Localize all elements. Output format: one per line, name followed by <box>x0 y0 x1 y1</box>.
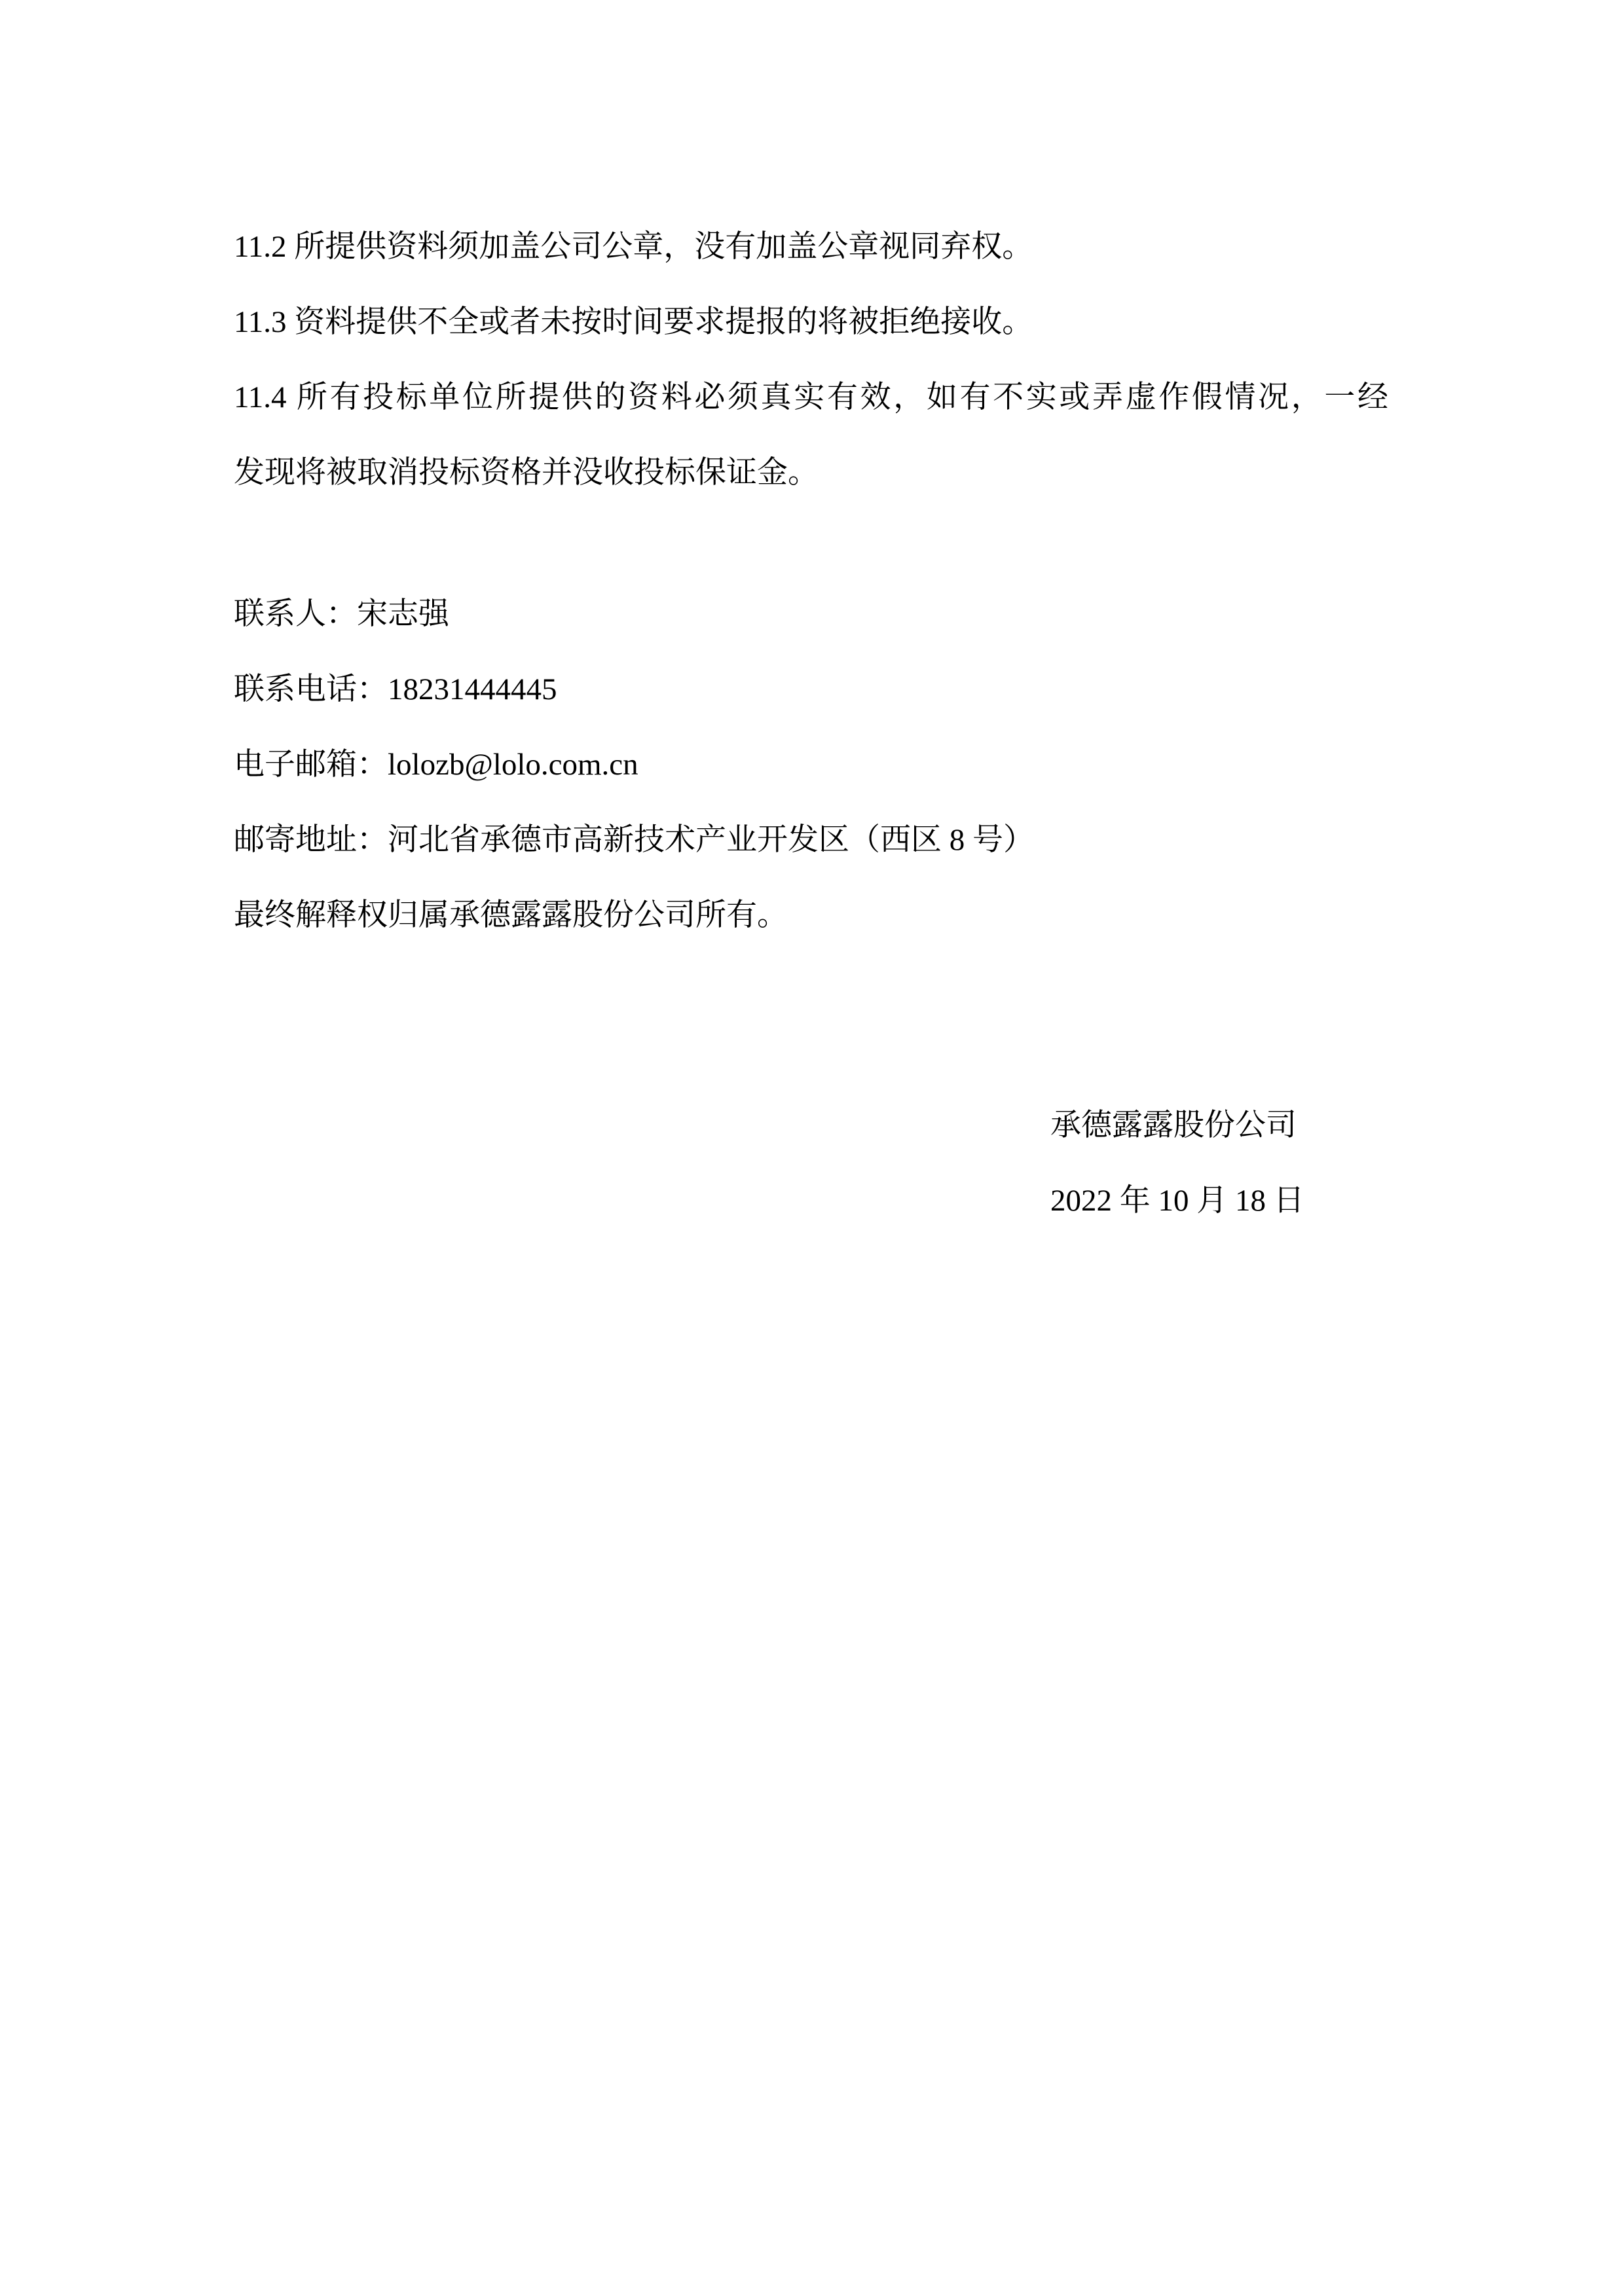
document-body: 11.2 所提供资料须加盖公司公章，没有加盖公章视同弃权。 11.3 资料提供不… <box>0 0 1624 1239</box>
clause-11-3: 11.3 资料提供不全或者未按时间要求提报的将被拒绝接收。 <box>234 285 1388 360</box>
document-page: 11.2 所提供资料须加盖公司公章，没有加盖公章视同弃权。 11.3 资料提供不… <box>0 0 1624 2296</box>
contact-phone: 联系电话：18231444445 <box>234 652 1388 727</box>
contact-block: 联系人：宋志强 联系电话：18231444445 电子邮箱：lolozb@lol… <box>234 577 1388 878</box>
clause-11-4: 11.4 所有投标单位所提供的资料必须真实有效，如有不实或弄虚作假情况，一经 发… <box>234 360 1388 511</box>
signature-company-name: 承德露露股份公司 <box>1050 1088 1388 1163</box>
clause-11-4-line-2: 发现将被取消投标资格并没收投标保证金。 <box>234 435 1388 511</box>
signature-block: 承德露露股份公司 2022 年 10 月 18 日 <box>1050 1088 1388 1239</box>
contact-address: 邮寄地址：河北省承德市高新技术产业开发区（西区 8 号） <box>234 803 1388 878</box>
clause-11-4-line-1: 11.4 所有投标单位所提供的资料必须真实有效，如有不实或弄虚作假情况，一经 <box>234 360 1388 435</box>
final-interpretation-note: 最终解释权归属承德露露股份公司所有。 <box>234 878 1388 953</box>
contact-email: 电子邮箱：lolozb@lolo.com.cn <box>234 727 1388 803</box>
clause-11-2: 11.2 所提供资料须加盖公司公章，没有加盖公章视同弃权。 <box>234 210 1388 285</box>
signature-date: 2022 年 10 月 18 日 <box>1050 1163 1388 1239</box>
contact-person: 联系人：宋志强 <box>234 577 1388 652</box>
